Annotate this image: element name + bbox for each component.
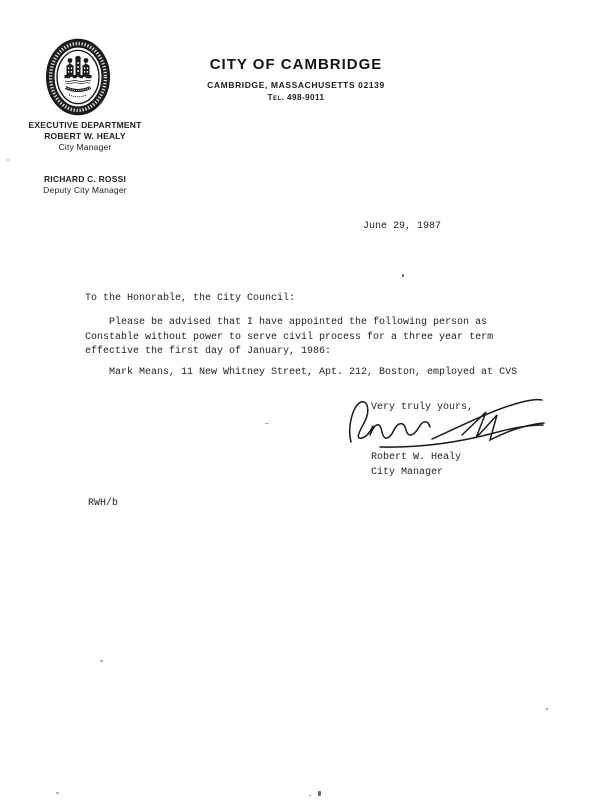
deputy-manager-title: Deputy City Manager <box>18 186 152 196</box>
reference-initials: RWH/b <box>88 497 118 512</box>
scan-speck <box>402 274 404 277</box>
scan-speck <box>265 423 269 424</box>
scan-speck <box>100 660 103 662</box>
letter-body: Please be advised that I have appointed … <box>85 316 493 360</box>
appointee-line: Mark Means, 11 New Whitney Street, Apt. … <box>109 366 517 381</box>
scan-speck <box>7 159 9 161</box>
signature-image <box>344 397 546 451</box>
letter-page: EXECUTIVE DEPARTMENT ROBERT W. HEALY Cit… <box>0 0 593 800</box>
letter-date: June 29, 1987 <box>363 220 441 235</box>
letterhead-address: CAMBRIDGE, MASSACHUSETTS 02139 <box>151 81 441 91</box>
signature-block: Robert W. Healy City Manager <box>371 451 461 480</box>
body-line: Constable without power to serve civil p… <box>85 331 493 346</box>
scan-speck <box>56 792 59 794</box>
body-line: Please be advised that I have appointed … <box>85 316 493 331</box>
deputy-manager-name: RICHARD C. ROSSI <box>18 175 152 185</box>
department-label: EXECUTIVE DEPARTMENT <box>18 121 152 131</box>
city-manager-name: ROBERT W. HEALY <box>18 132 152 142</box>
scan-speck <box>546 708 548 710</box>
city-manager-title: City Manager <box>18 143 152 153</box>
signer-title: City Manager <box>371 466 461 481</box>
scan-speck <box>318 791 321 796</box>
salutation: To the Honorable, the City Council: <box>85 292 295 307</box>
signer-name: Robert W. Healy <box>371 451 461 466</box>
scan-speck <box>309 795 311 796</box>
body-line: effective the first day of January, 1986… <box>85 345 493 360</box>
letterhead-phone: Tel. 498-9011 <box>151 93 441 102</box>
letterhead-title: CITY OF CAMBRIDGE <box>151 56 441 73</box>
city-seal-emblem <box>45 38 111 116</box>
